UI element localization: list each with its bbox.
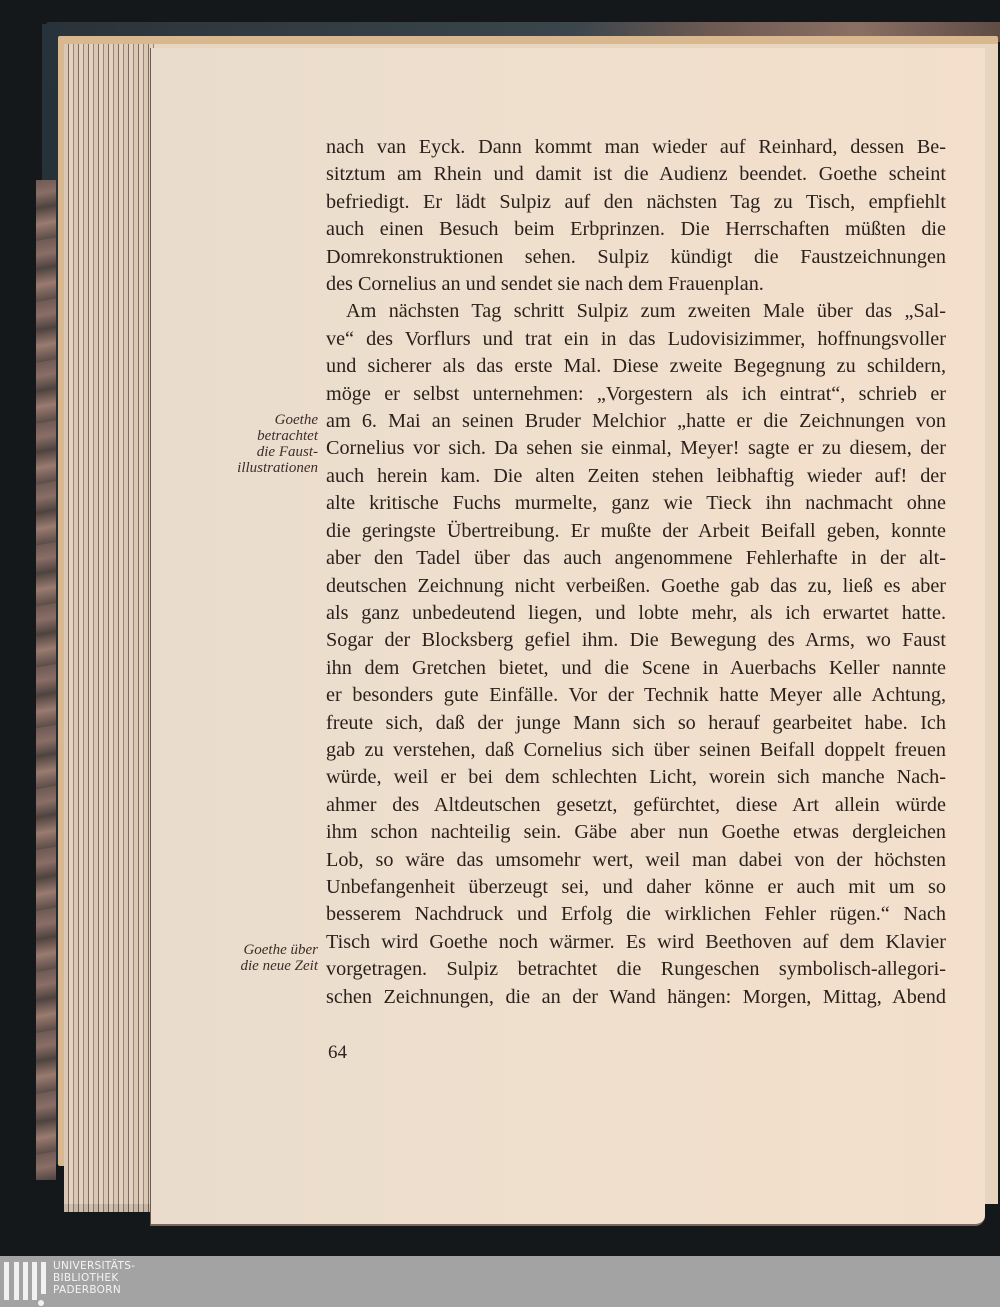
text-line: Am nächsten Tag schritt Sulpiz zum zweit… [326, 298, 946, 325]
text-line: Sogar der Blocksberg gefiel ihm. Die Bew… [326, 627, 946, 654]
text-line: würde, weil er bei dem schlechten Licht,… [326, 764, 946, 791]
text-line: aber den Tadel über das auch angenommene… [326, 545, 946, 572]
text-line: auch herein kam. Die alten Zeiten stehen… [326, 463, 946, 490]
text-line: und sicherer als das erste Mal. Diese zw… [326, 353, 946, 380]
margin-note-line: Goethe über [200, 942, 318, 958]
text-line: ihm schon nachteilig sein. Gäbe aber nun… [326, 819, 946, 846]
margin-note-line: betrachtet [200, 428, 318, 444]
text-line: vorgetragen. Sulpiz betrachtet die Runge… [326, 956, 946, 983]
library-logo-text: UNIVERSITÄTS- BIBLIOTHEK PADERBORN [53, 1260, 135, 1296]
text-line: Unbefangenheit überzeugt sei, und daher … [326, 874, 946, 901]
margin-note-faust-illustrations: Goethe betrachtet die Faust- illustratio… [200, 412, 318, 476]
logo-line: PADERBORN [53, 1284, 135, 1296]
text-line: ihn dem Gretchen bietet, und die Scene i… [326, 655, 946, 682]
text-line: als ganz unbedeutend liegen, und lobte m… [326, 600, 946, 627]
text-line: möge er selbst unternehmen: „Vorgestern … [326, 381, 946, 408]
text-line: Domrekonstruktionen sehen. Sulpiz kündig… [326, 244, 946, 271]
library-logo-icon [4, 1258, 44, 1304]
text-line: deutschen Zeichnung nicht verbeißen. Goe… [326, 573, 946, 600]
body-text: nach van Eyck. Dann kommt man wieder auf… [326, 134, 946, 1011]
text-line: freute sich, daß der junge Mann sich so … [326, 710, 946, 737]
text-line: des Cornelius an und sendet sie nach dem… [326, 271, 946, 298]
text-line: gab zu verstehen, daß Cornelius sich übe… [326, 737, 946, 764]
text-line: schen Zeichnungen, die an der Wand hänge… [326, 984, 946, 1011]
library-footer: UNIVERSITÄTS- BIBLIOTHEK PADERBORN [0, 1256, 1000, 1307]
margin-note-new-era: Goethe über die neue Zeit [200, 942, 318, 974]
text-line: sitztum am Rhein und damit ist die Audie… [326, 161, 946, 188]
page-number: 64 [328, 1042, 347, 1064]
logo-line: BIBLIOTHEK [53, 1272, 135, 1284]
text-line: Lob, so wäre das umsomehr wert, weil man… [326, 847, 946, 874]
text-line: ve“ des Vorflurs und trat ein in das Lud… [326, 326, 946, 353]
text-line: nach van Eyck. Dann kommt man wieder auf… [326, 134, 946, 161]
text-line: Cornelius vor sich. Da sehen sie einmal,… [326, 435, 946, 462]
library-logo-dot-icon [38, 1300, 44, 1306]
text-line: alte kritische Fuchs murmelte, ganz wie … [326, 490, 946, 517]
logo-line: UNIVERSITÄTS- [53, 1260, 135, 1272]
page-edges [64, 44, 154, 1212]
margin-note-line: die Faust- [200, 444, 318, 460]
text-line: er besonders gute Einfälle. Vor der Tech… [326, 682, 946, 709]
margin-note-line: illustrationen [200, 460, 318, 476]
margin-note-line: die neue Zeit [200, 958, 318, 974]
text-line: Tisch wird Goethe noch wärmer. Es wird B… [326, 929, 946, 956]
marbled-endpaper [36, 180, 56, 1180]
text-line: auch einen Besuch beim Erbprinzen. Die H… [326, 216, 946, 243]
text-line: am 6. Mai an seinen Bruder Melchior „hat… [326, 408, 946, 435]
margin-note-line: Goethe [200, 412, 318, 428]
text-line: besserem Nachdruck und Erfolg die wirkli… [326, 901, 946, 928]
text-line: die geringste Übertreibung. Er mußte der… [326, 518, 946, 545]
text-line: befriedigt. Er lädt Sulpiz auf den nächs… [326, 189, 946, 216]
text-line: ahmer des Altdeutschen gesetzt, gefürcht… [326, 792, 946, 819]
